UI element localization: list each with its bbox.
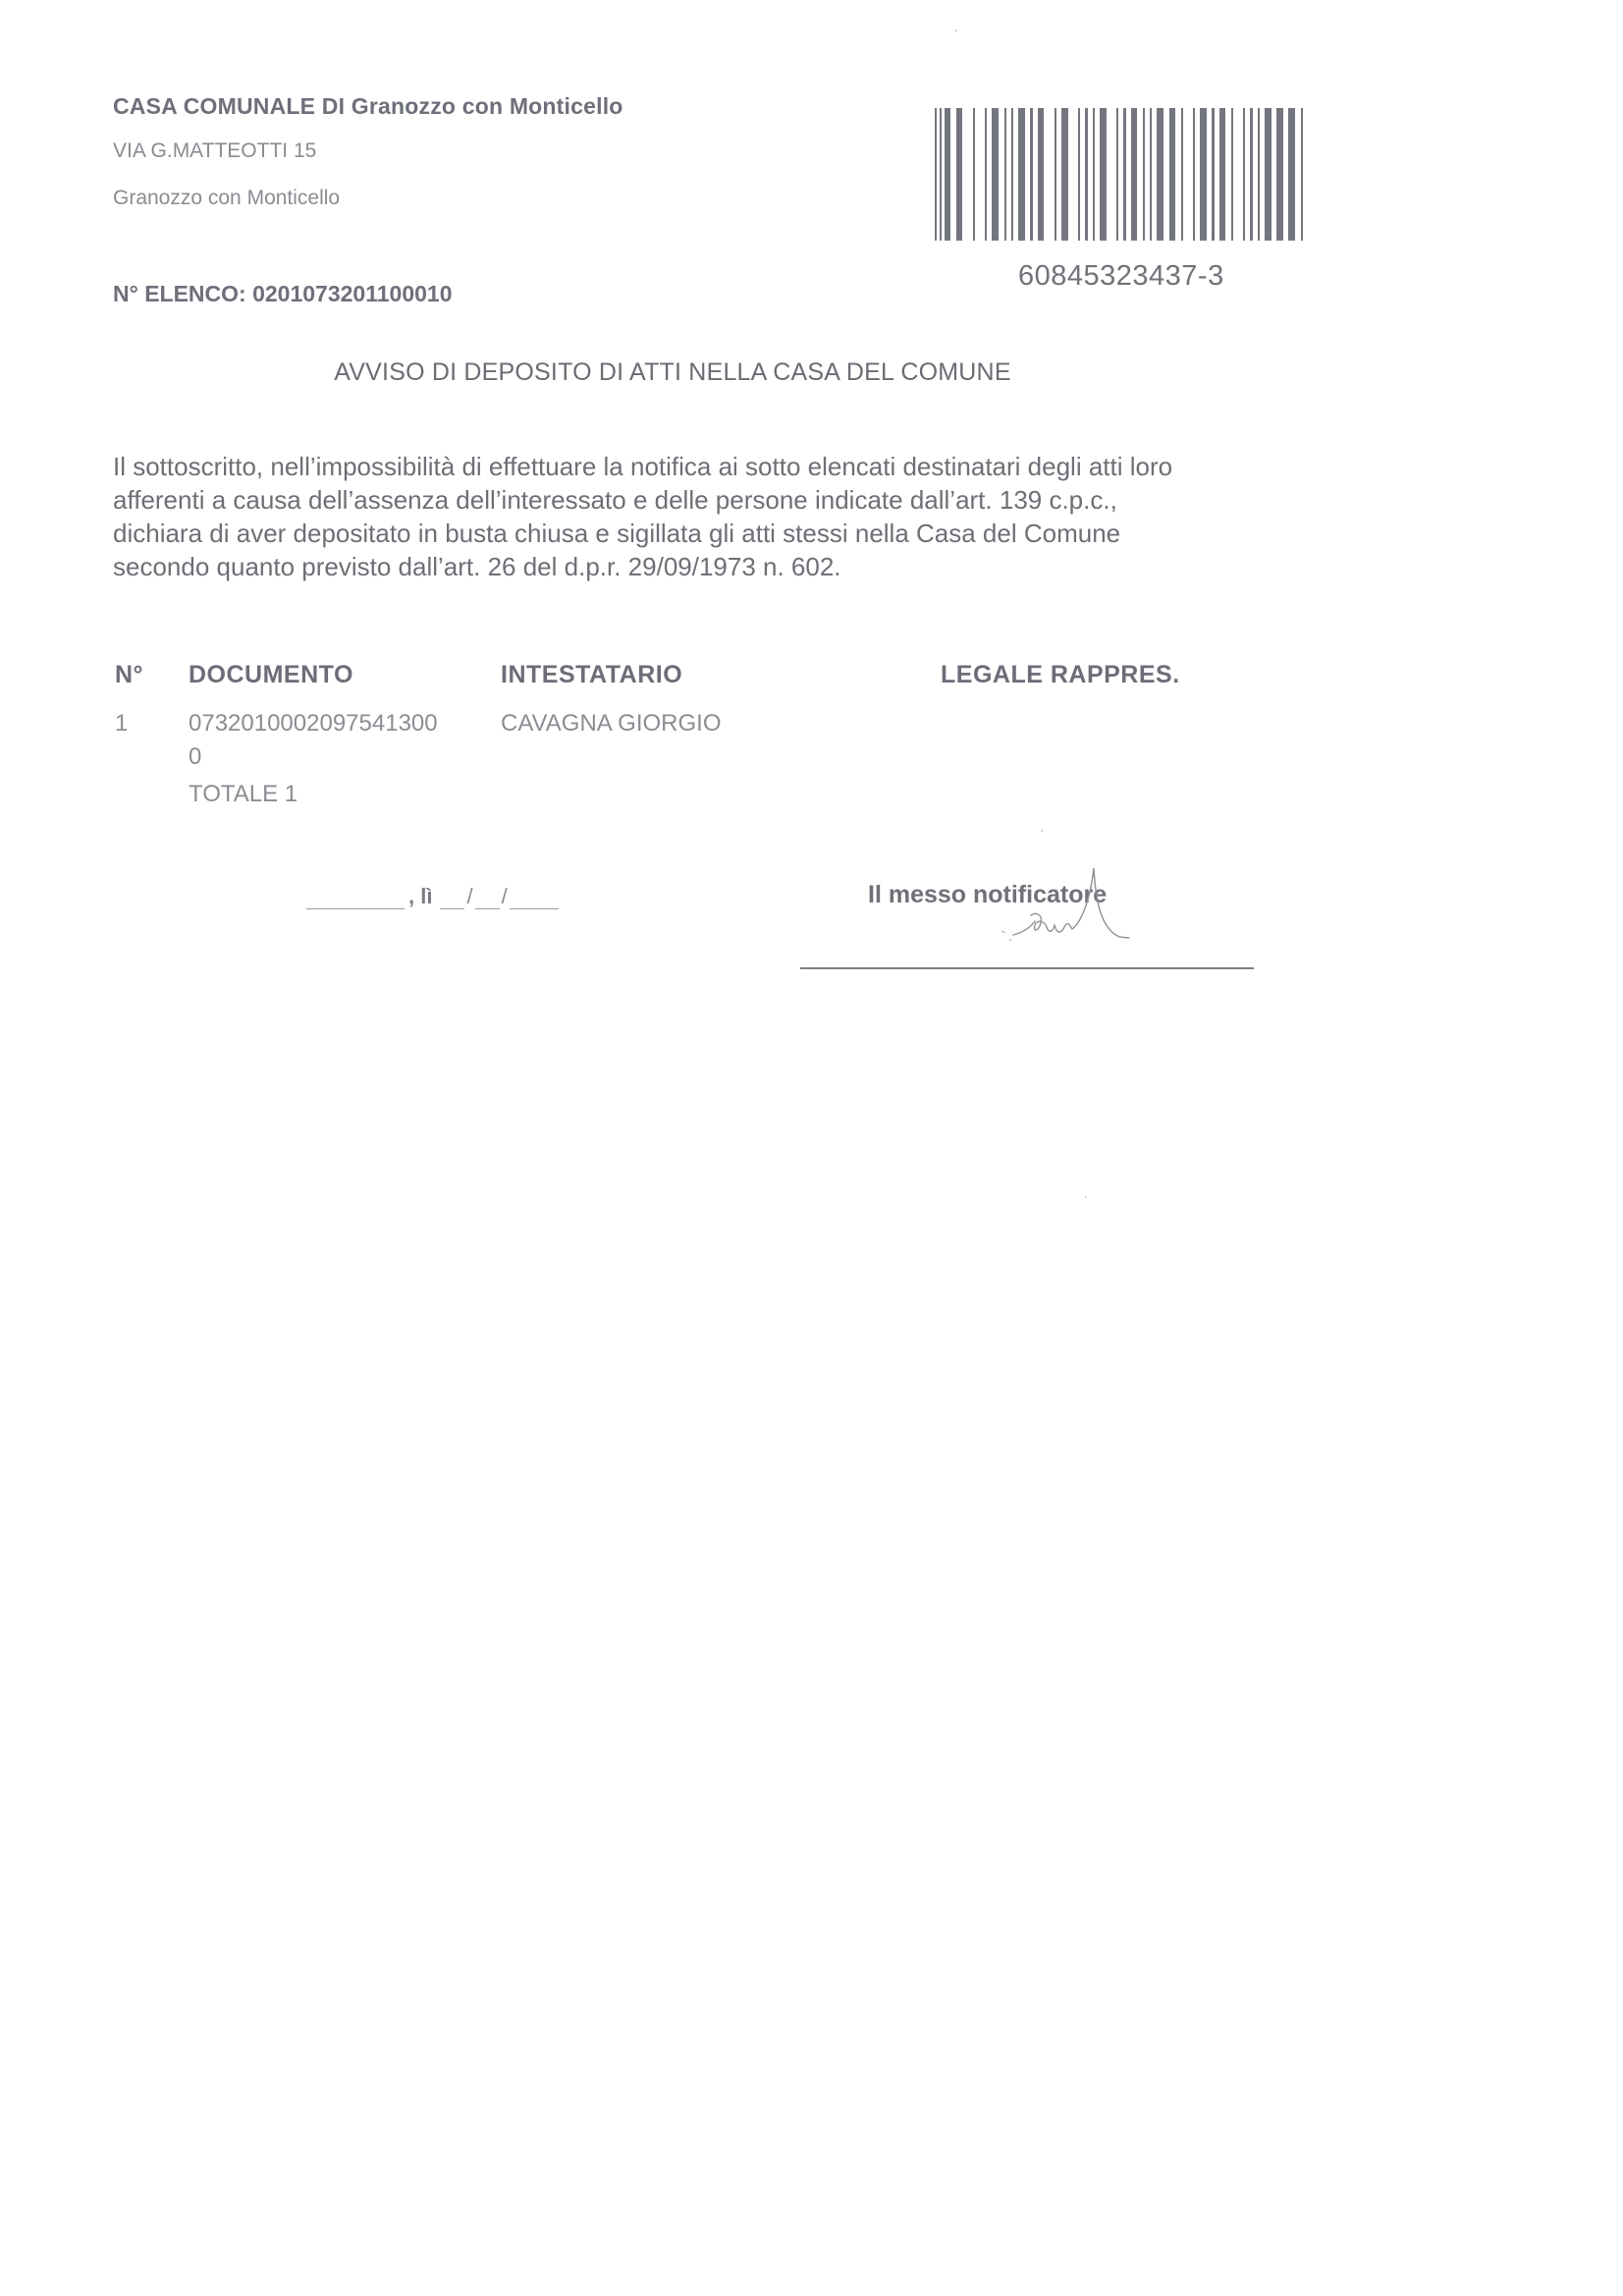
day-blank: [440, 891, 464, 909]
row-number: 1: [115, 707, 128, 740]
barcode-bar: [1018, 108, 1025, 241]
barcode-bar: [945, 108, 951, 241]
barcode-bar: [992, 108, 999, 241]
barcode-bar: [1085, 108, 1087, 241]
barcode-bar: [1061, 108, 1068, 241]
declaration-line: dichiara di aver depositato in busta chi…: [113, 517, 1340, 550]
place-date-field: , lì / /: [306, 884, 559, 909]
barcode-bar: [1301, 108, 1303, 241]
totale-label: TOTALE 1: [189, 781, 298, 808]
declaration-line: afferenti a causa dell’assenza dell’inte…: [113, 483, 1340, 517]
barcode-bar: [940, 108, 942, 241]
barcode-bar: [1150, 108, 1152, 241]
scan-speck: [1085, 1196, 1087, 1198]
barcode-bar: [1078, 108, 1080, 241]
date-separator: /: [502, 884, 508, 909]
declaration-text: Il sottoscritto, nell’impossibilità di e…: [113, 450, 1340, 583]
barcode-bar: [1030, 108, 1032, 241]
column-header-legale-rappres: LEGALE RAPPRES.: [941, 661, 1180, 689]
barcode-bar: [1093, 108, 1095, 241]
barcode-bar: [1250, 108, 1252, 241]
barcode-bar: [1011, 108, 1013, 241]
barcode-bar: [1288, 108, 1295, 241]
barcode-bar: [1116, 108, 1118, 241]
barcode-bar: [1243, 108, 1245, 241]
signature-icon: [992, 864, 1168, 972]
month-blank: [475, 891, 500, 909]
barcode-bar: [1123, 108, 1125, 241]
address-street: VIA G.MATTEOTTI 15: [113, 139, 316, 163]
column-header-documento: DOCUMENTO: [189, 661, 353, 689]
barcode-bar: [956, 108, 963, 241]
barcode-bar: [1200, 108, 1207, 241]
barcode-bar: [935, 108, 937, 241]
row-documento: 0732010002097541300 0: [189, 707, 483, 774]
barcode-bar: [1157, 108, 1163, 241]
barcode-bar: [1231, 108, 1233, 241]
barcode-bar: [1193, 108, 1195, 241]
li-label: , lì: [408, 884, 432, 909]
address-city: Granozzo con Monticello: [113, 187, 340, 210]
scan-speck: [1041, 830, 1043, 832]
barcode-bar: [1181, 108, 1183, 241]
barcode-bar: [1055, 108, 1056, 241]
barcode-bar: [1169, 108, 1176, 241]
declaration-line: Il sottoscritto, nell’impossibilità di e…: [113, 450, 1340, 483]
elenco-number: N° ELENCO: 0201073201100010: [113, 281, 452, 307]
barcode-bar: [985, 108, 987, 241]
row-intestatario: CAVAGNA GIORGIO: [501, 707, 721, 740]
document-title: AVVISO DI DEPOSITO DI ATTI NELLA CASA DE…: [0, 358, 1345, 387]
barcode-bar: [1219, 108, 1226, 241]
barcode-bar: [1038, 108, 1045, 241]
signature-line: [800, 967, 1254, 969]
barcode-number: 60845323437-3: [1018, 260, 1224, 293]
declaration-line: secondo quanto previsto dall’art. 26 del…: [113, 550, 1340, 583]
barcode-icon: [935, 108, 1303, 241]
barcode-bar: [1131, 108, 1138, 241]
column-header-number: N°: [115, 661, 143, 689]
date-separator: /: [466, 884, 472, 909]
barcode-bar: [1212, 108, 1214, 241]
barcode-bar: [1258, 108, 1260, 241]
column-header-intestatario: INTESTATARIO: [501, 661, 682, 689]
scan-speck: [955, 29, 957, 31]
barcode-bar: [1004, 108, 1006, 241]
place-blank: [306, 891, 405, 909]
barcode-bar: [973, 108, 975, 241]
year-blank: [510, 891, 559, 909]
barcode-bar: [1265, 108, 1271, 241]
barcode-bar: [1143, 108, 1145, 241]
municipality-name: CASA COMUNALE DI Granozzo con Monticello: [113, 93, 623, 120]
barcode-bar: [1276, 108, 1283, 241]
barcode-bar: [1100, 108, 1107, 241]
